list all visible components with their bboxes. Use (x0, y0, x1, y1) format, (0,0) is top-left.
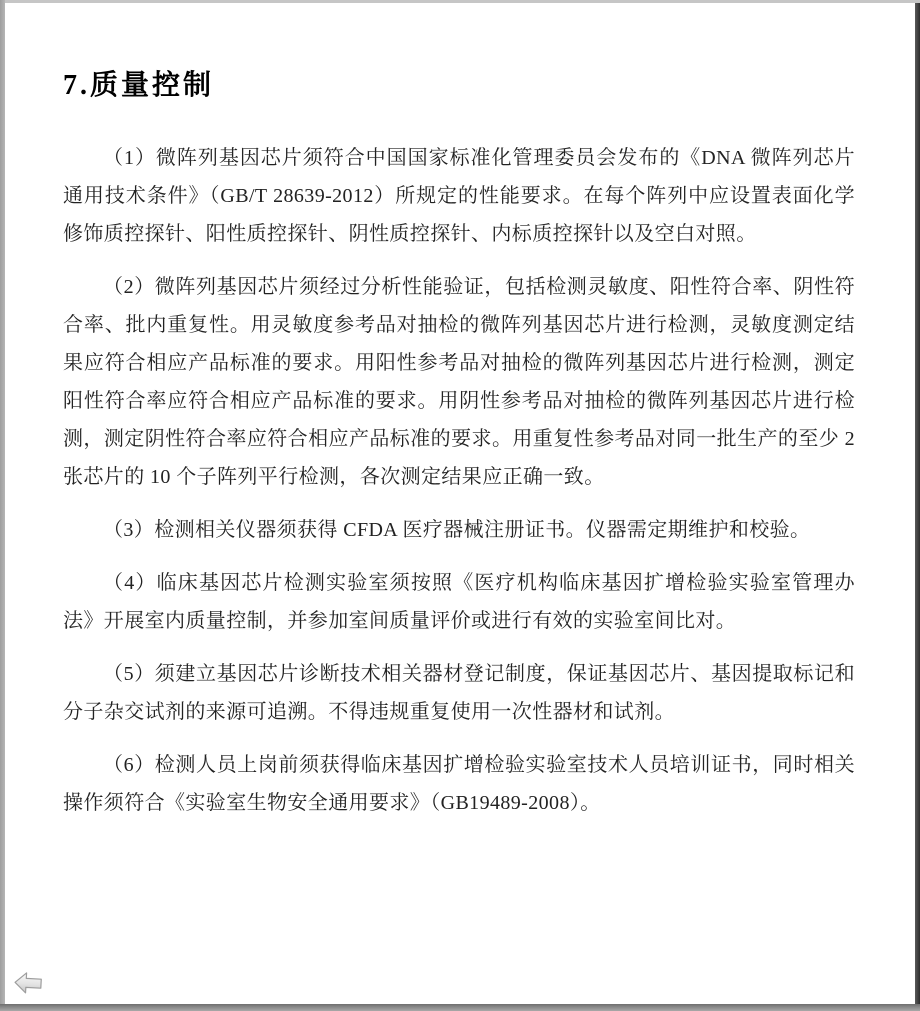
back-arrow-icon[interactable] (13, 970, 43, 998)
paragraph-3: （3）检测相关仪器须获得 CFDA 医疗器械注册证书。仪器需定期维护和校验。 (63, 511, 855, 549)
paragraph-6: （6）检测人员上岗前须获得临床基因扩增检验实验室技术人员培训证书，同时相关操作须… (63, 746, 855, 822)
document-page: 7.质量控制 （1）微阵列基因芯片须符合中国国家标准化管理委员会发布的《DNA … (0, 0, 920, 1011)
document-body: 7.质量控制 （1）微阵列基因芯片须符合中国国家标准化管理委员会发布的《DNA … (63, 0, 855, 822)
section-title: 7.质量控制 (63, 69, 855, 103)
paragraph-4: （4）临床基因芯片检测实验室须按照《医疗机构临床基因扩增检验实验室管理办法》开展… (63, 564, 855, 640)
page-edge-left (0, 0, 5, 1011)
paragraph-2: （2）微阵列基因芯片须经过分析性能验证，包括检测灵敏度、阳性符合率、阴性符合率、… (63, 268, 855, 496)
paragraph-5: （5）须建立基因芯片诊断技术相关器材登记制度，保证基因芯片、基因提取标记和分子杂… (63, 655, 855, 731)
page-edge-bottom (0, 1004, 920, 1011)
page-edge-right (915, 3, 920, 1004)
paragraph-1: （1）微阵列基因芯片须符合中国国家标准化管理委员会发布的《DNA 微阵列芯片通用… (63, 139, 855, 253)
